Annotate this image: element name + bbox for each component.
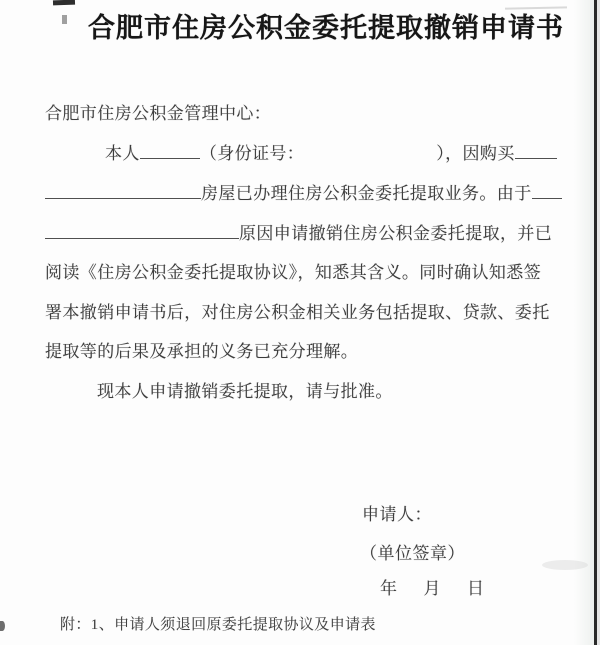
scan-top-tick-mark — [62, 15, 67, 24]
date-year-label: 年 — [380, 574, 398, 599]
id-number-label: （身份证号： — [200, 144, 304, 163]
body-line-read-agreement: 阅读《住房公积金委托提取协议》，知悉其含义。同时确认知悉签 — [45, 262, 575, 286]
scan-top-mark — [53, 0, 75, 5]
body-line-applicant: 本人（身份证号：），因购买 — [45, 143, 575, 167]
salutation-line: 合肥市住房公积金管理中心： — [45, 103, 575, 127]
date-day-label: 日 — [467, 574, 485, 599]
body-line-sign-consequence: 署本撤销申请书后，对住房公积金相关业务包括提取、贷款、委托 — [45, 302, 575, 326]
scan-bottom-left-mark — [0, 621, 5, 631]
scan-smudge — [542, 560, 588, 570]
scanned-document-page: 合肥市住房公积金委托提取撤销申请书 合肥市住房公积金管理中心： 本人（身份证号：… — [0, 0, 600, 645]
blank-cancel-reason-start — [532, 183, 562, 199]
date-month-label: 月 — [424, 574, 442, 599]
body-line-reason: 原因申请撤销住房公积金委托提取，并已 — [45, 223, 575, 247]
applicant-label: 申请人： — [362, 500, 432, 525]
blank-id-number-space — [304, 144, 436, 159]
unit-seal-label: （单位签章） — [360, 539, 465, 564]
house-business-text: 房屋已办理住房公积金委托提取业务。由于 — [201, 184, 532, 203]
body-line-understand: 提取等的后果及承担的义务已充分理解。 — [45, 341, 575, 365]
date-line: 年 月 日 — [380, 574, 485, 599]
page-title: 合肥市住房公积金委托提取撤销申请书 — [88, 6, 564, 45]
footer-attachment-note: 附：1、申请人须退回原委托提取协议及申请表 — [60, 613, 376, 634]
blank-purchase-target — [515, 143, 557, 159]
blank-applicant-name — [140, 143, 200, 159]
cancel-request-text: 原因申请撤销住房公积金委托提取，并已 — [239, 224, 552, 243]
purchase-reason-text: ），因购买 — [436, 144, 515, 163]
closing-request-line: 现本人申请撤销委托提取，请与批准。 — [45, 381, 575, 405]
applicant-prefix-text: 本人 — [105, 144, 140, 163]
blank-house-description — [45, 183, 201, 199]
body-line-house: 房屋已办理住房公积金委托提取业务。由于 — [45, 183, 575, 207]
blank-cancel-reason — [45, 223, 239, 239]
scan-shadow-strip — [574, 0, 594, 645]
